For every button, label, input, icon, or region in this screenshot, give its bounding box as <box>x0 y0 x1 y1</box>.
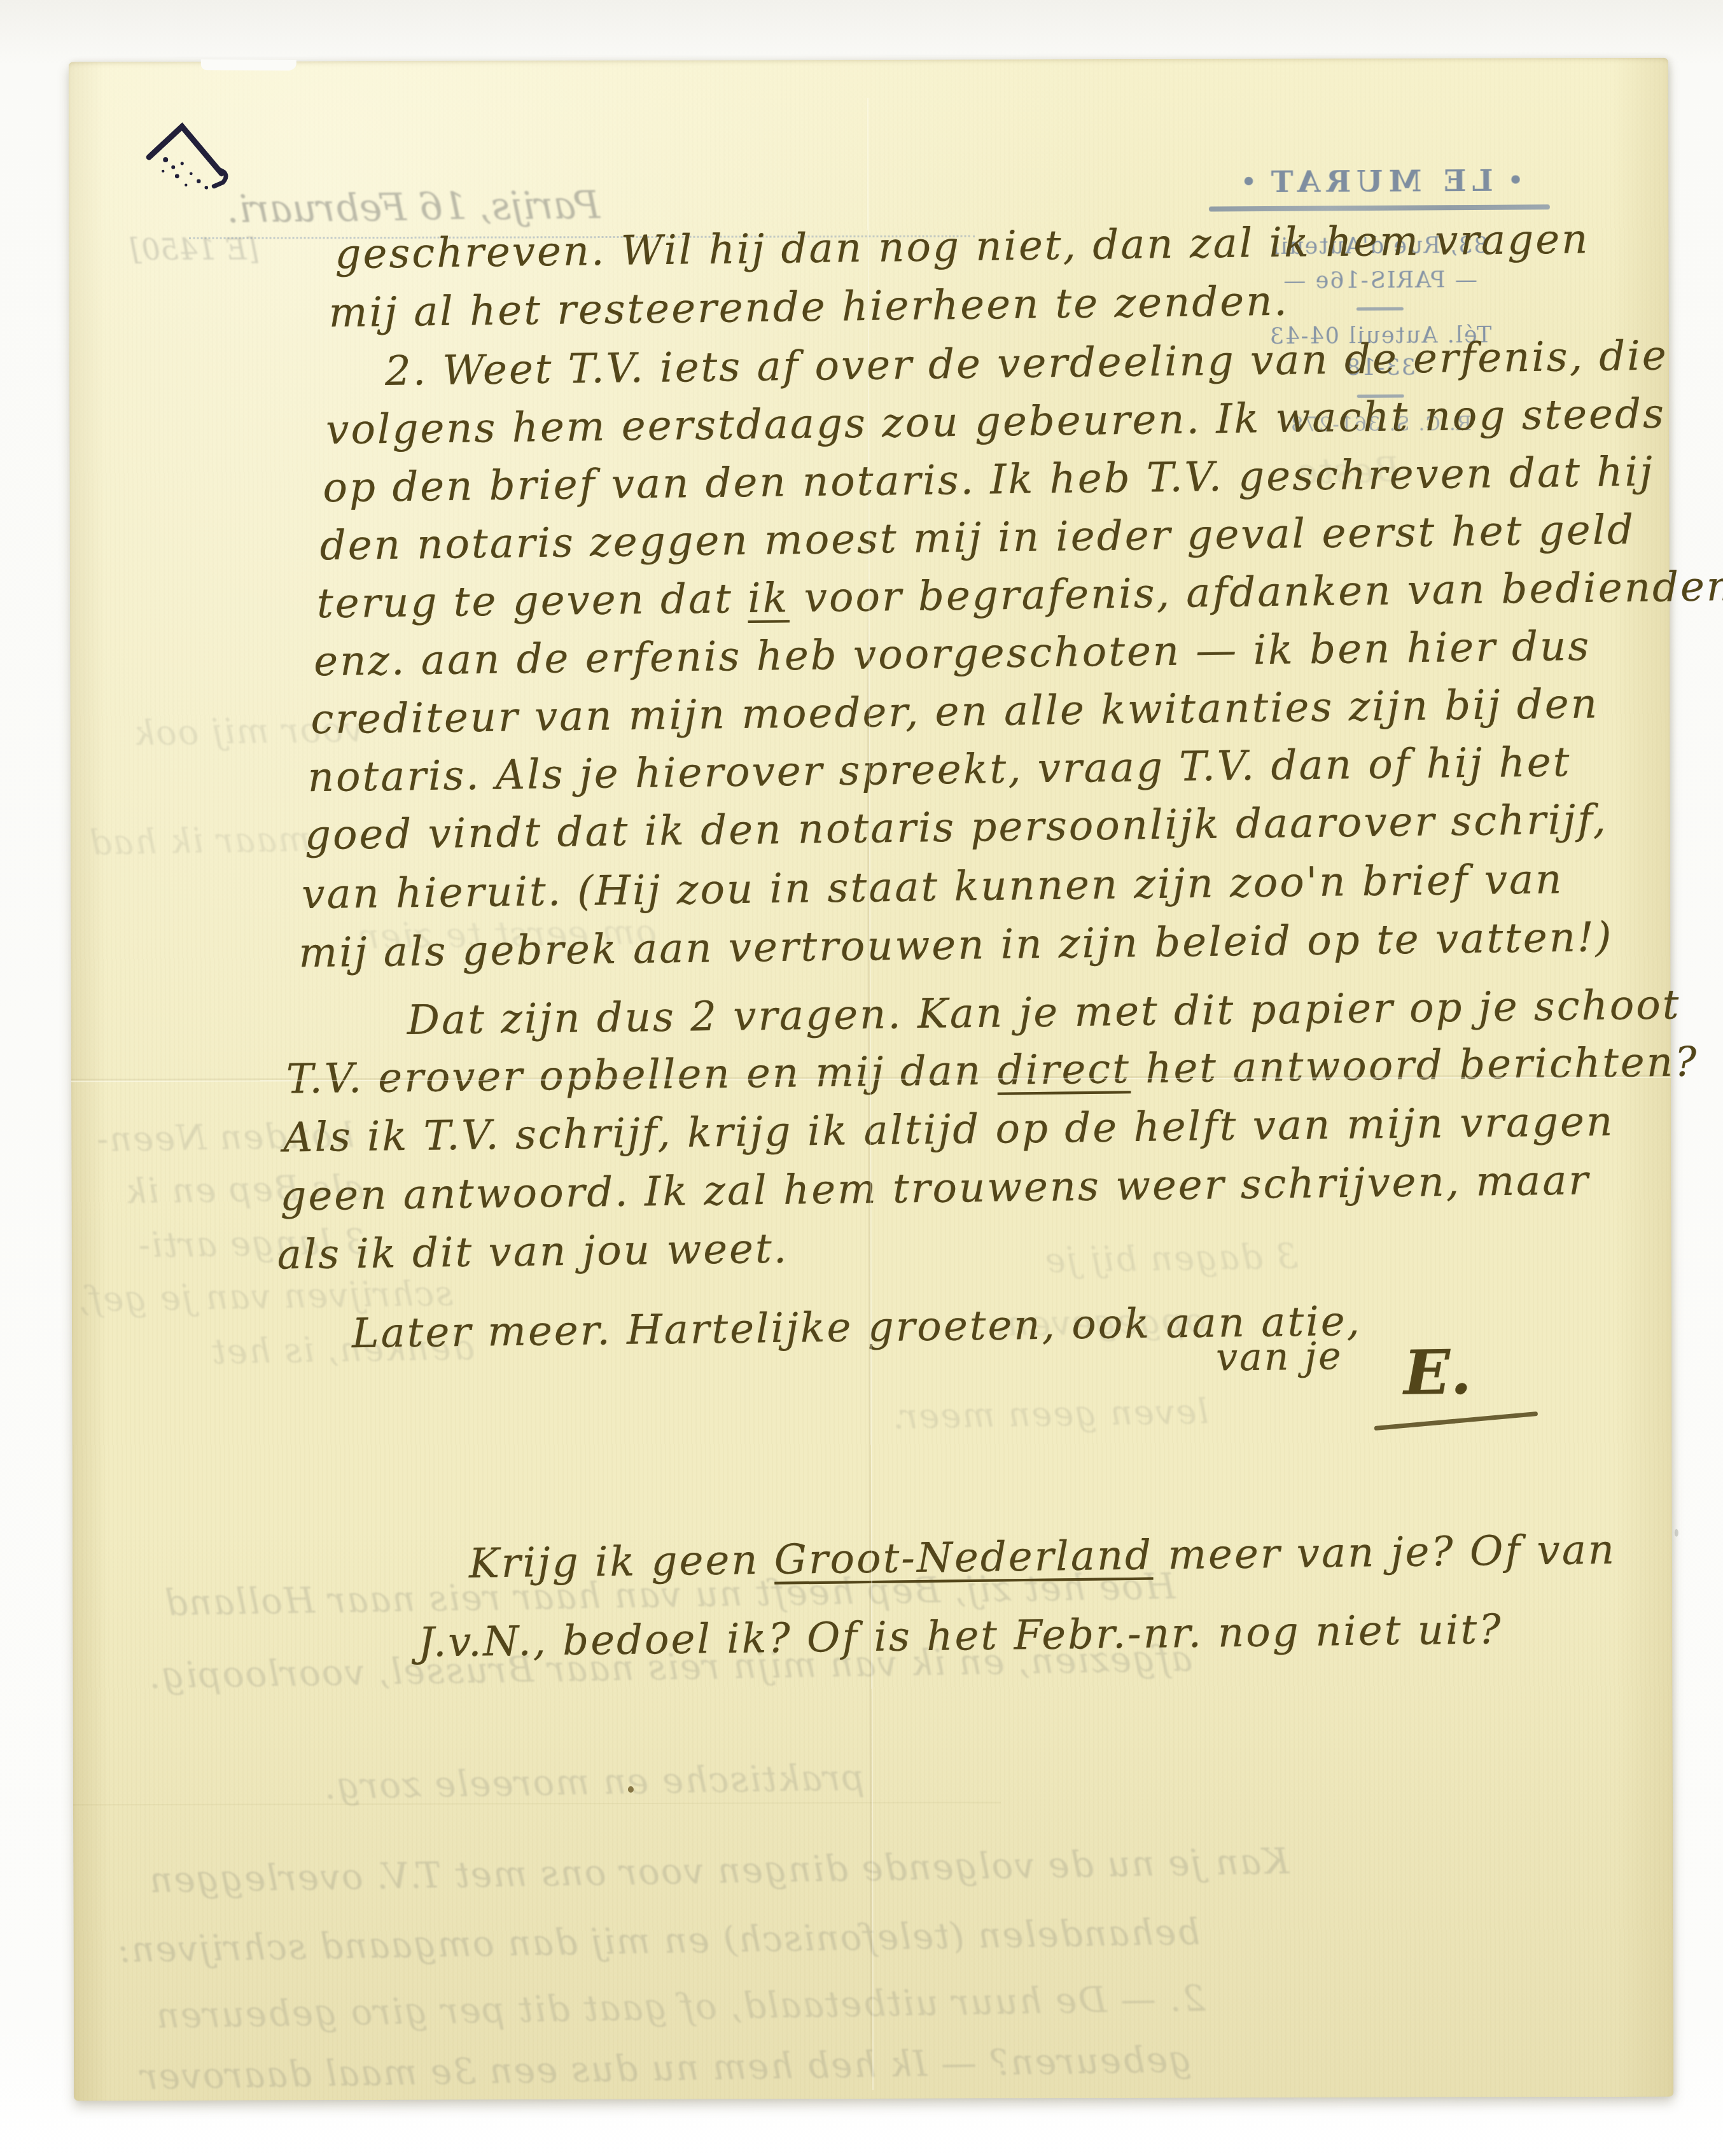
showthrough-fragment: 2. — De huur uitbetaald, of gaat dit per… <box>155 1981 1205 2034</box>
showthrough-fragment: leven geen meer. <box>891 1394 1209 1434</box>
showthrough-fragment: praktische en moreele zorg. <box>323 1760 865 1805</box>
handwritten-line: mij al het resteerende hierheen te zende… <box>328 281 1289 333</box>
handwritten-line: T.V. erover opbellen en mij dan direct h… <box>286 1042 1699 1100</box>
showthrough-fragment: behandelen (telefonisch) en mij dan omga… <box>116 1915 1200 1968</box>
showthrough-fragment: gebeuren? — Ik heb hem nu dus een 3e maa… <box>139 2042 1192 2095</box>
signature-initial: E. <box>1404 1342 1472 1404</box>
letterhead-rule <box>1209 204 1550 211</box>
letter-paper: •LE MURAT• 83, Rue d'Auteuil — PARIS-16e… <box>69 58 1673 2101</box>
pencil-speck <box>1675 1529 1678 1537</box>
letterhead-divider <box>1357 307 1404 311</box>
handwritten-line: J.v.N., bedoel ik? Of is het Febr.-nr. n… <box>418 1609 1503 1663</box>
ink-layer: geschreven. Wil hij dan nog niet, dan za… <box>69 58 1668 62</box>
handwritten-line: van je <box>1216 1337 1343 1376</box>
handwritten-line: enz. aan de erfenis heb voorgeschoten — … <box>314 626 1591 683</box>
inventory-showthrough: [E 1450] <box>130 235 258 265</box>
ink-speck <box>628 1786 634 1793</box>
handwritten-line: notaris. Als je hierover spreekt, vraag … <box>307 742 1571 798</box>
showthrough-fragment: 3 dagen bij je <box>1043 1239 1298 1278</box>
scan-background: •LE MURAT• 83, Rue d'Auteuil — PARIS-16e… <box>0 0 1723 2156</box>
handwritten-line: volgens hem eerstdaags zou gebeuren. Ik … <box>326 394 1666 451</box>
letterhead-title: •LE MURAT• <box>1207 163 1551 200</box>
handwritten-line: goed vindt dat ik den notaris persoonlij… <box>305 799 1608 856</box>
showthrough-fragment: Kan je nu de volgende dingen voor ons me… <box>148 1844 1289 1899</box>
handwritten-line: den notaris zeggen moest mij in ieder ge… <box>319 510 1635 566</box>
handwritten-line: Krijg ik geen Groot-Nederland meer van j… <box>469 1530 1617 1585</box>
letterhead-bullet-icon: • <box>1493 165 1533 193</box>
showthrough-fragment: maar ik had <box>88 822 311 860</box>
handwritten-line: geen antwoord. Ik zal hem trouwens weer … <box>280 1160 1590 1217</box>
handwritten-line: Later meer. Hartelijke groeten, ook aan … <box>352 1301 1362 1354</box>
handwritten-line: crediteur van mijn moeder, en alle kwita… <box>310 684 1599 741</box>
handwritten-line: op den brief van den notaris. Ik heb T.V… <box>323 452 1654 509</box>
showthrough-layer: Bestevoor mij ookmaar ik hadom eerst te … <box>69 58 1668 62</box>
letterhead-bullet-icon: • <box>1226 167 1266 195</box>
handwritten-line: Dat zijn dus 2 vragen. Kan je met dit pa… <box>407 984 1681 1040</box>
signature-flourish <box>1374 1411 1538 1431</box>
handwritten-line: Als ik T.V. schrijf, krijg ik altijd op … <box>283 1102 1615 1159</box>
date-showthrough: Parijs, 16 Februari. <box>227 186 600 229</box>
handwritten-line: terug te geven dat ik voor begrafenis, a… <box>317 566 1723 625</box>
paper-tear-notch <box>201 59 296 71</box>
handwritten-line: als ik dit van jou weet. <box>277 1229 788 1276</box>
handwritten-line: van hieruit. (Hij zou in staat kunnen zi… <box>302 859 1564 915</box>
